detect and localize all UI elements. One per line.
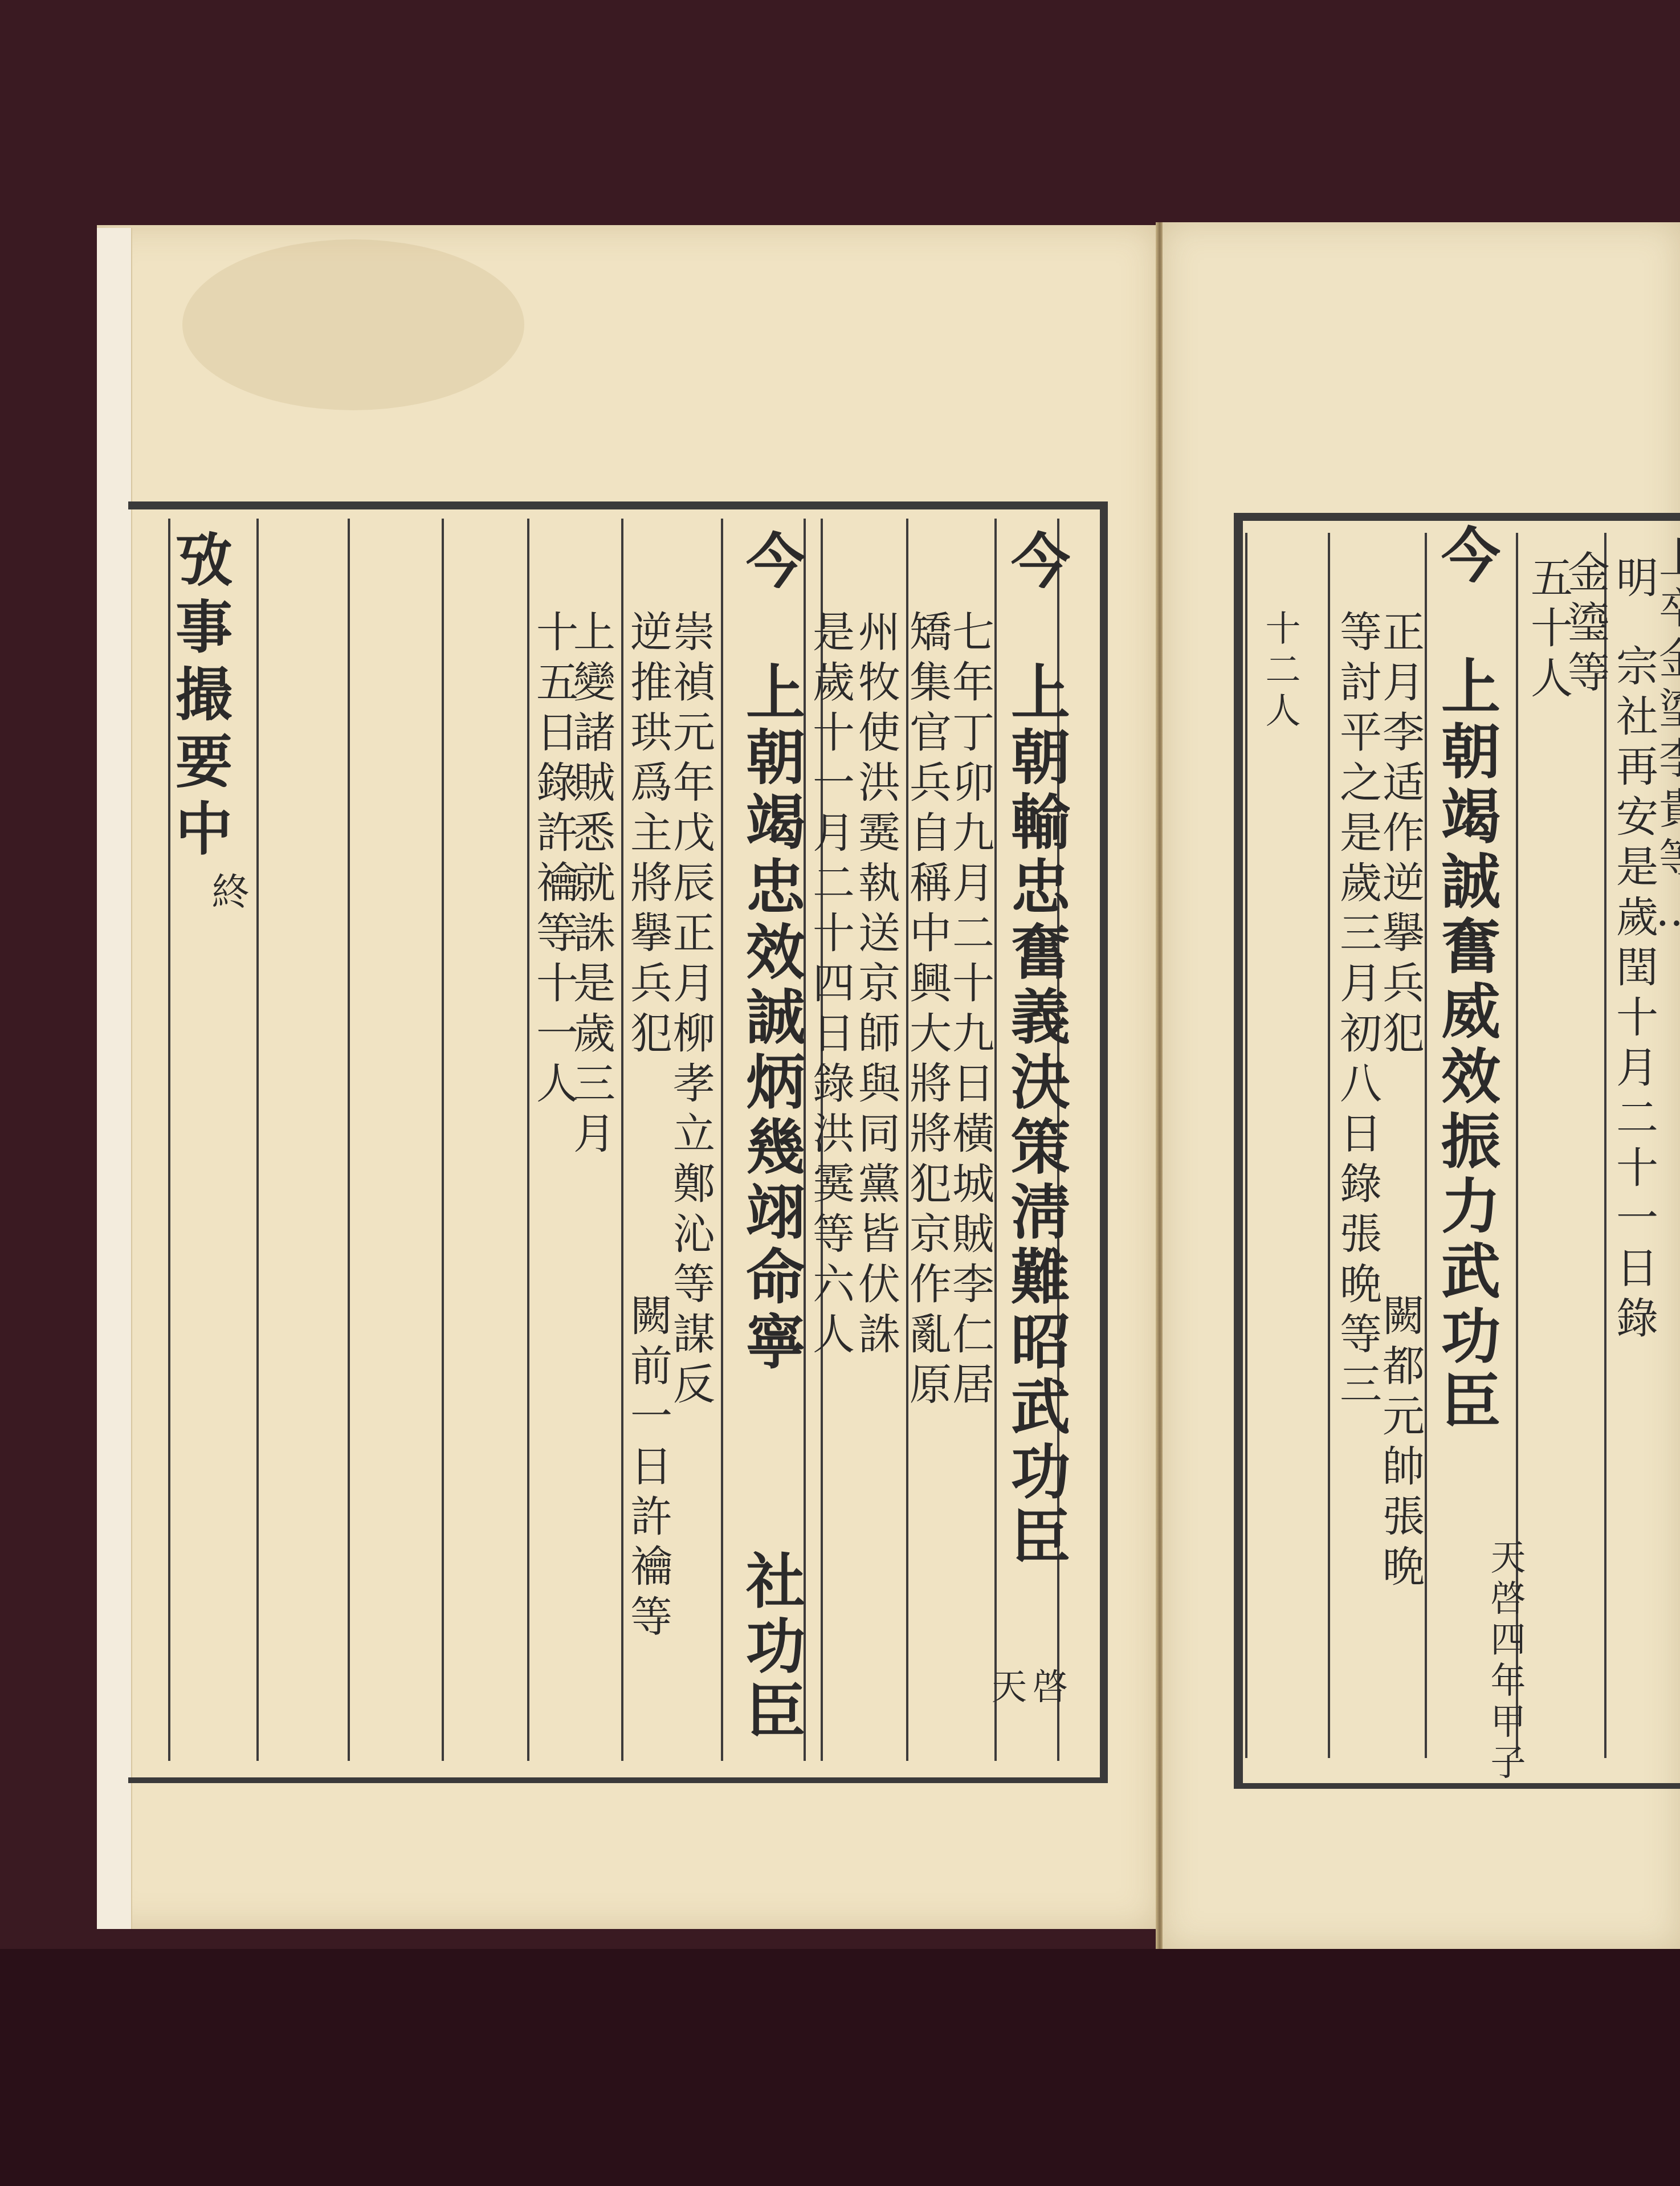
column-rule bbox=[348, 519, 350, 1761]
text-note: 天啓 bbox=[992, 1670, 1074, 1705]
column-rule bbox=[1328, 533, 1330, 1758]
text-column: 金瑬等 bbox=[1564, 550, 1606, 700]
column-rule bbox=[1604, 533, 1606, 1758]
text-column: 矯集官兵自稱中興大將將犯京作亂原 bbox=[906, 610, 948, 1412]
column-rule bbox=[721, 519, 723, 1761]
column-rule bbox=[1245, 533, 1247, 1758]
column-head-honorific: 今 bbox=[1006, 530, 1065, 595]
text-column-tail: 闕前一日許禴等 bbox=[627, 1294, 669, 1645]
text-column: 崇禎元年戊辰正月柳孝立鄭沁等謀反 bbox=[670, 610, 712, 1412]
column-head-honorific: 今 bbox=[741, 530, 800, 595]
text-column: 七年丁卯九月二十九日橫城賊李仁居 bbox=[949, 610, 991, 1412]
text-column-tail: 宗社再安是歲閏十月二十一日錄 bbox=[1613, 644, 1655, 1346]
text-column: 上朝輸忠奮義決策淸難昭武功臣 bbox=[1006, 661, 1065, 1571]
column-rule bbox=[994, 519, 997, 1761]
text-column: 上朝竭忠效誠炳幾翊命寧 bbox=[741, 661, 800, 1376]
title-end-mark: 終 bbox=[208, 872, 246, 912]
text-column: 正月李适作逆擧兵犯 bbox=[1379, 610, 1421, 1061]
column-rule bbox=[442, 519, 444, 1761]
text-column: 十二人 bbox=[1262, 610, 1298, 733]
text-column: 十五日錄許禴等十一人 bbox=[533, 610, 575, 1111]
text-column-tail: 闕都元帥張晩 bbox=[1379, 1294, 1421, 1594]
text-column: 逆推珙爲主將擧兵犯 bbox=[627, 610, 669, 1061]
column-rule bbox=[256, 519, 259, 1761]
paper-stain bbox=[182, 239, 524, 410]
text-column-tail: 社功臣 bbox=[741, 1550, 800, 1745]
column-rule bbox=[1425, 533, 1427, 1758]
text-column: 是歲十一月二十四日錄洪霙等六人 bbox=[809, 610, 851, 1362]
text-note: 天啓四年甲子 bbox=[1487, 1539, 1523, 1785]
text-column: 上朝竭誠奮威效振力武功臣 bbox=[1436, 655, 1495, 1435]
text-column-partial: 上卒金瑬李貴等… bbox=[1655, 536, 1680, 944]
column-head-honorific: 今 bbox=[1436, 524, 1495, 589]
text-column: 等討平之是歲三月初八日錄張晩等三 bbox=[1336, 610, 1379, 1412]
book-title: 攷事撮要中 bbox=[171, 530, 228, 866]
background-table bbox=[0, 1949, 1680, 2186]
text-column: 州牧使洪霙執送京師與同黨皆伏誅 bbox=[855, 610, 897, 1362]
text-column: 明 bbox=[1613, 556, 1655, 606]
left-page-edge bbox=[97, 228, 132, 1929]
